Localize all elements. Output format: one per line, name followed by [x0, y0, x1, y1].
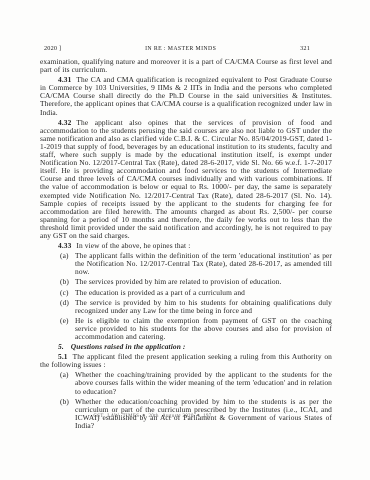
- diamond-separator-icon: ◆: [197, 413, 200, 417]
- list-item-c: (c) The education is provided as a part …: [40, 287, 332, 297]
- section-number: 5.: [58, 342, 64, 351]
- header-page-number: 321: [300, 45, 310, 52]
- paragraph-5-1: 5.1The applicant filed the present appli…: [40, 351, 332, 369]
- header-case-title: IN RE : MASTER MINDS: [145, 46, 216, 52]
- list-item-e: (e) He is eligible to claim the exemptio…: [40, 315, 332, 341]
- list-item-label: (b): [60, 278, 75, 286]
- footer-issue-date: 20th August 2020: [149, 414, 194, 419]
- list-item-d: (d) The service is provided by him to hi…: [40, 297, 332, 315]
- list-item-a: (a) The applicant falls within the defin…: [40, 250, 332, 276]
- paragraph-4-33: 4.33In view of the above, he opines that…: [40, 240, 332, 250]
- list-item-b: (b) The services provided by him are rel…: [40, 276, 332, 286]
- list-item-text: The services provided by him are related…: [75, 278, 332, 286]
- footer-page-ref: 197: [203, 414, 212, 419]
- list-item-text: The education is provided as a part of a…: [75, 289, 332, 297]
- list-item-label: (a): [60, 252, 75, 276]
- paragraph-text: In view of the above, he opines that :: [76, 241, 190, 250]
- question-item-a: (a) Whether the coaching/training provid…: [40, 369, 332, 395]
- page-footer: GST LAW TIMES◆20th August 2020◆197: [40, 413, 265, 419]
- paragraph-4-32: 4.32The applicant also opines that the s…: [40, 117, 332, 240]
- list-item-text: The service is provided by him to his st…: [75, 299, 332, 315]
- list-item-label: (c): [60, 289, 75, 297]
- header-year: 2020 ]: [44, 45, 61, 52]
- section-5-heading: 5.Questions raised in the application :: [40, 341, 332, 351]
- list-item-text: The applicant falls within the definitio…: [75, 252, 332, 276]
- paragraph-text: The applicant filed the present applicat…: [40, 352, 332, 369]
- journal-page: 2020 ] IN RE : MASTER MINDS 321 examinat…: [0, 0, 370, 480]
- paragraph-text: The applicant also opines that the servi…: [40, 118, 332, 240]
- list-item-label: (a): [60, 371, 75, 395]
- paragraph-text: The CA and CMA qualification is recogniz…: [40, 75, 332, 116]
- page-body: examination, qualifying nature and moreo…: [40, 57, 332, 430]
- paragraph-number: 4.33: [58, 241, 71, 250]
- footer-journal-name: GST LAW TIMES: [93, 414, 139, 419]
- list-item-text: He is eligible to claim the exemption fr…: [75, 317, 332, 341]
- section-title: Questions raised in the application :: [71, 342, 186, 351]
- list-item-text: Whether the coaching/training provided b…: [75, 371, 332, 395]
- list-item-label: (d): [60, 299, 75, 315]
- diamond-separator-icon: ◆: [142, 413, 145, 417]
- paragraph-text: examination, qualifying nature and moreo…: [40, 57, 332, 74]
- running-header: 2020 ] IN RE : MASTER MINDS 321: [44, 45, 310, 52]
- paragraph-continuation: examination, qualifying nature and moreo…: [40, 57, 332, 74]
- list-item-label: (e): [60, 317, 75, 341]
- paragraph-4-31: 4.31The CA and CMA qualification is reco…: [40, 74, 332, 116]
